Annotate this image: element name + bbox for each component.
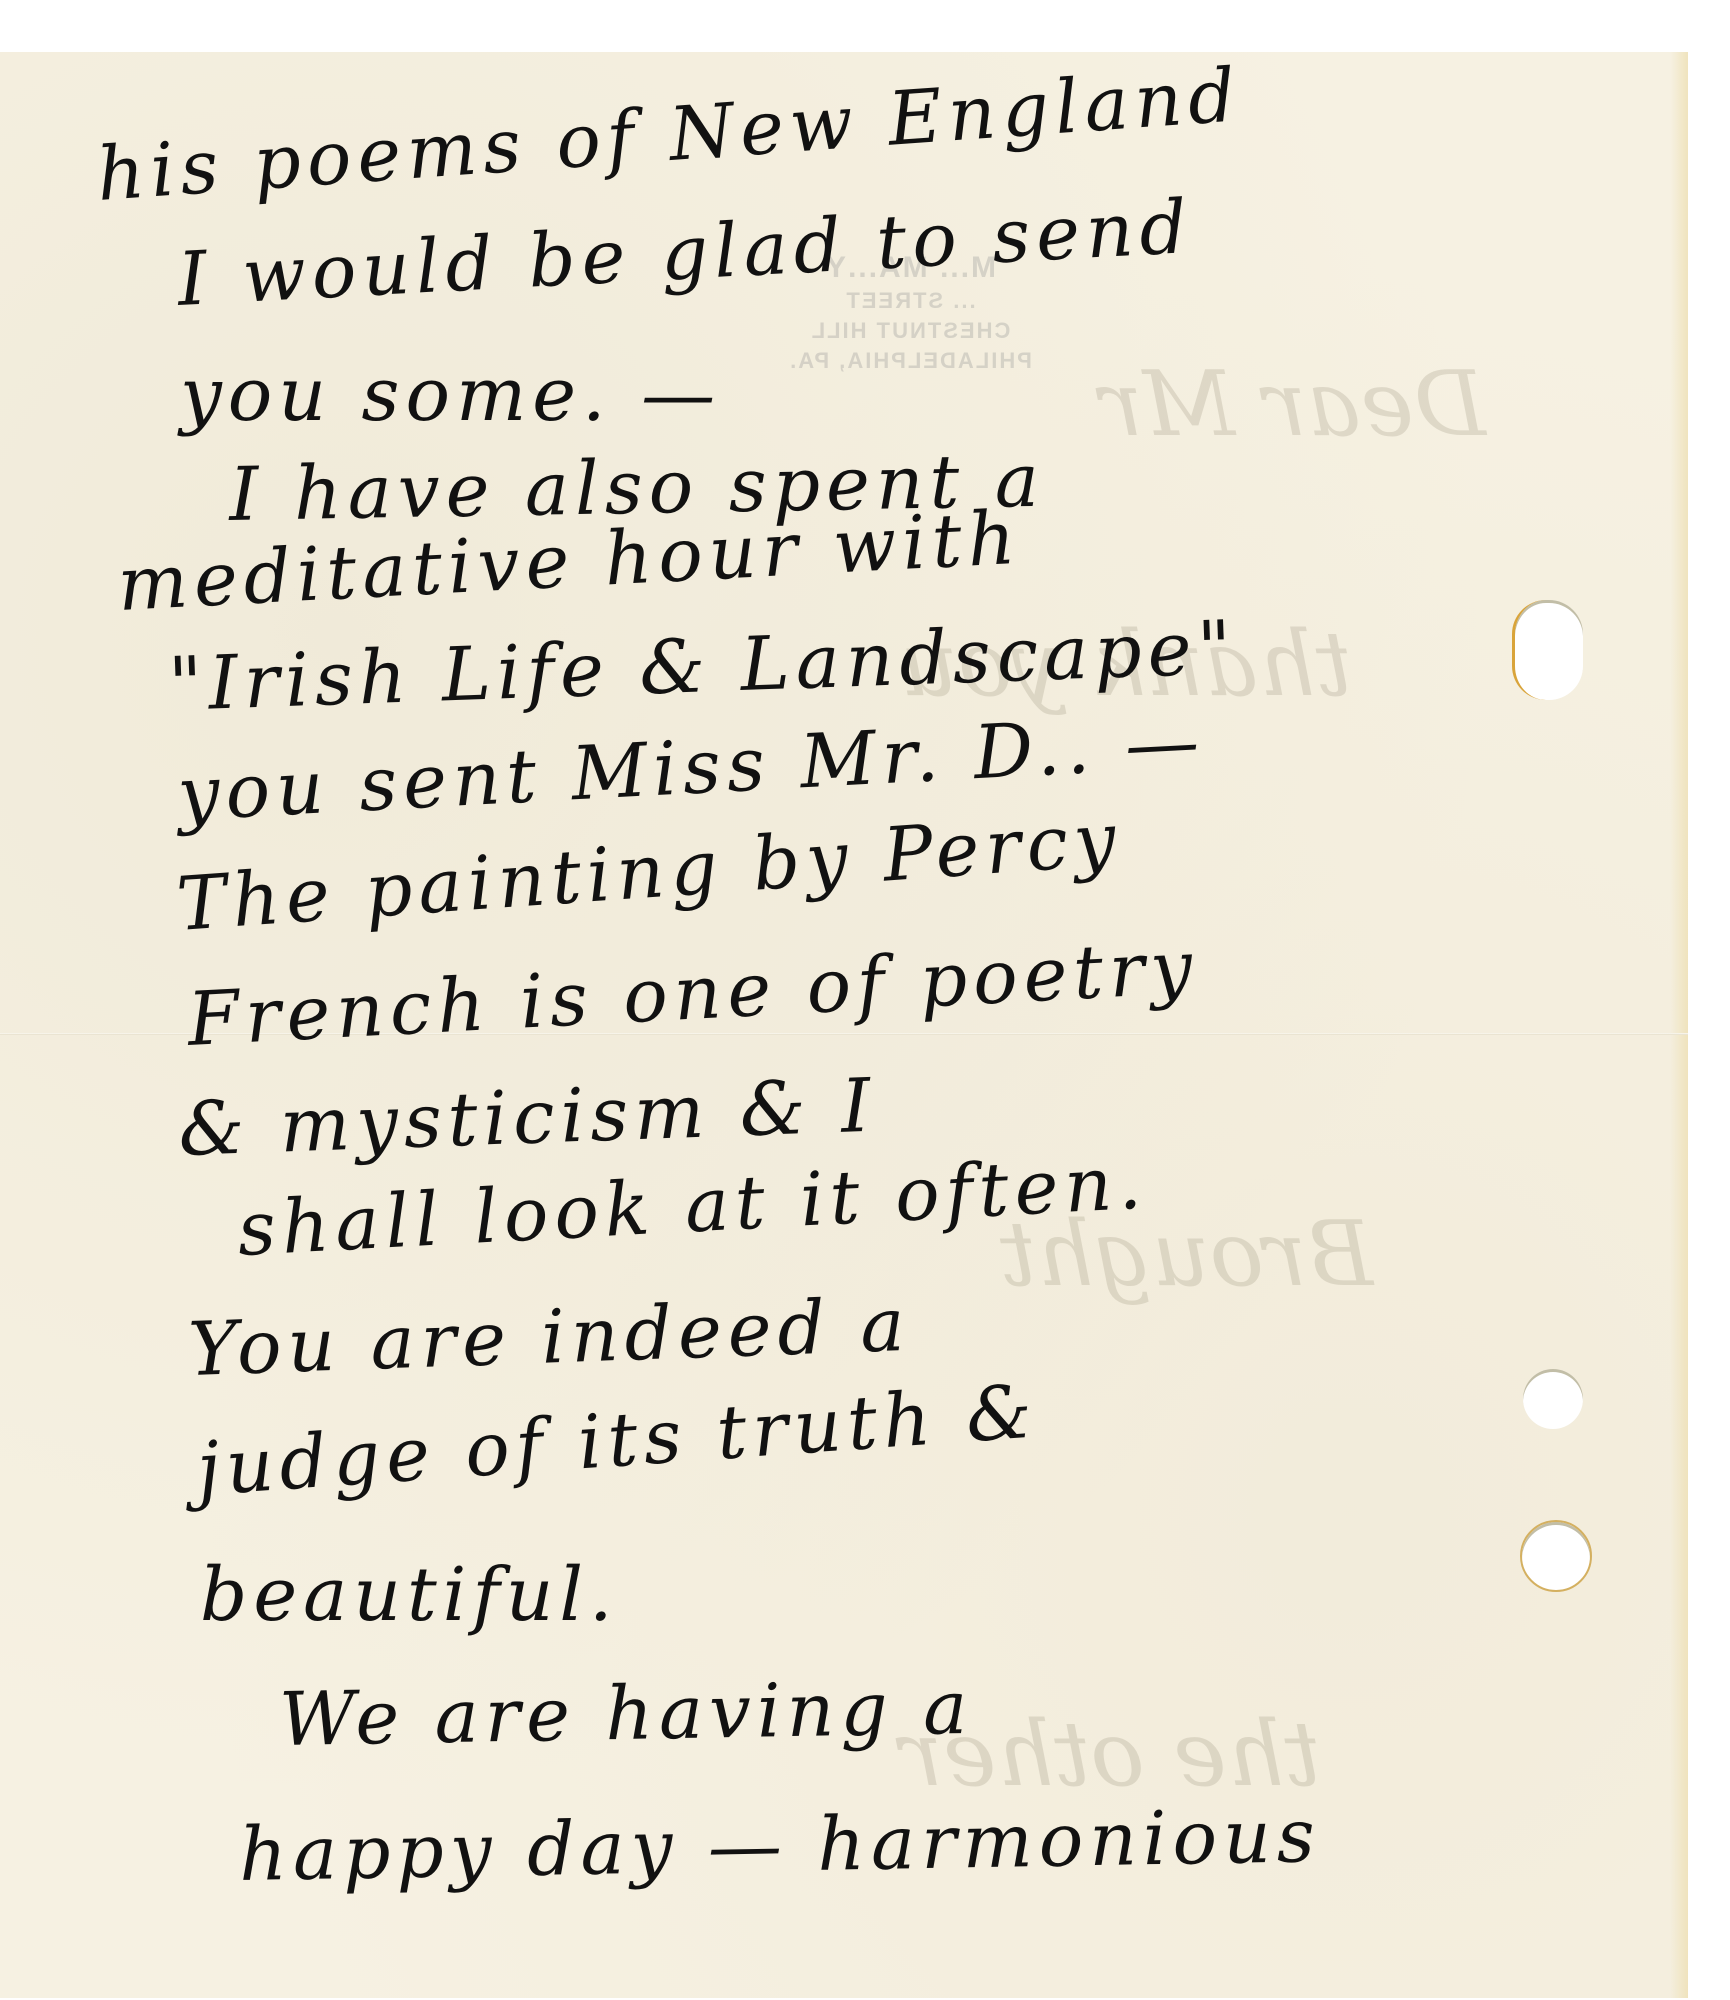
letter-line: French is one of poetry bbox=[185, 924, 1200, 1063]
letter-line: & mysticism & I bbox=[177, 1063, 878, 1173]
punch-hole-torn bbox=[1512, 600, 1583, 700]
reverse-ink-bleed: Dear Mr bbox=[1100, 352, 1486, 457]
letterhead-locality: CHESTNUT HILL bbox=[700, 316, 1120, 346]
letter-line: You are indeed a bbox=[187, 1282, 912, 1393]
letter-line: happy day — harmonious bbox=[238, 1793, 1321, 1898]
letter-line: We are having a bbox=[278, 1665, 973, 1763]
letter-line: beautiful. bbox=[200, 1552, 619, 1638]
letter-page: M... MA...Y ... STREET CHESTNUT HILL PHI… bbox=[0, 52, 1688, 1998]
punch-hole bbox=[1523, 1369, 1583, 1429]
letter-line: you some. — bbox=[180, 352, 721, 438]
letterhead-city: PHILADELPHIA, PA. bbox=[700, 346, 1120, 376]
paper-edge-shading bbox=[1670, 52, 1688, 1998]
punch-hole bbox=[1520, 1520, 1592, 1592]
letter-line: judge of its truth & bbox=[194, 1368, 1041, 1513]
